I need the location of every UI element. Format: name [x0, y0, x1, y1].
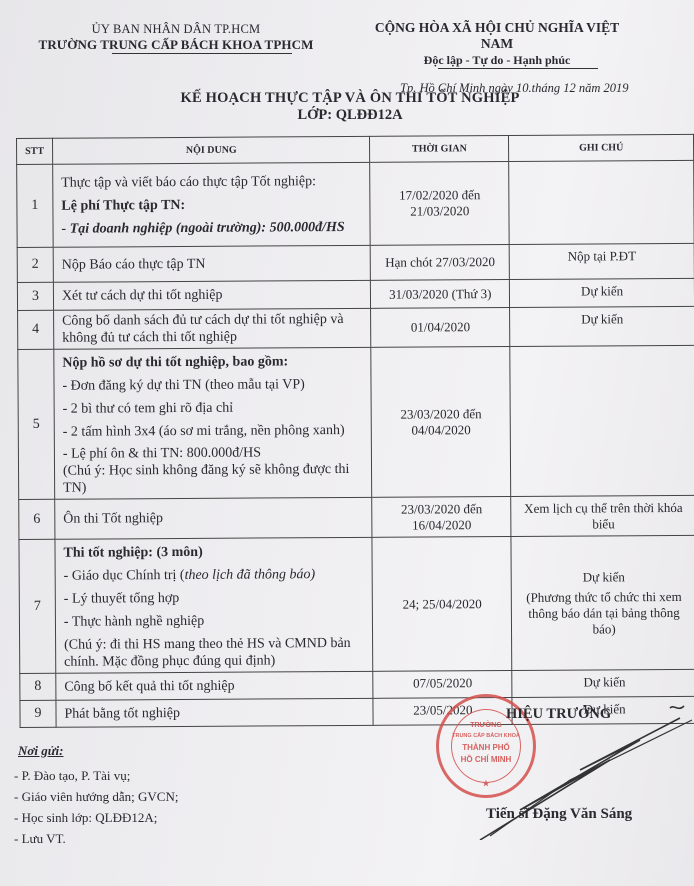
item-text: - Giáo dục Chính trị (: [64, 568, 185, 584]
row-content: Phát bằng tốt nghiệp: [56, 698, 374, 727]
row-content: Thực tập và viết báo cáo thực tập Tốt ng…: [53, 162, 371, 247]
header-note: GHI CHÚ: [509, 134, 694, 161]
content-item: - Giáo dục Chính trị (theo lịch đã thông…: [64, 563, 365, 588]
content-item: - 2 tấm hình 3x4 (áo sơ mi trắng, nền ph…: [63, 419, 364, 444]
row-note: Dự kiến: [510, 278, 694, 307]
row-content: Công bố danh sách đủ tư cách dự thi tốt …: [54, 308, 372, 349]
content-item: - 2 bì thư có tem ghi rõ địa chỉ: [63, 396, 364, 421]
row-content: Xét tư cách dự thi tốt nghiệp: [53, 280, 371, 310]
content-note: (Chú ý: đi thi HS mang theo thẻ HS và CM…: [64, 632, 365, 671]
plan-table: STT NỘI DUNG THỜI GIAN GHI CHÚ 1 Thực tậ…: [16, 134, 694, 728]
row-content: Ôn thi Tốt nghiệp: [55, 497, 373, 539]
row-note: [510, 345, 694, 496]
content-note: (Chú ý: Học sinh không đăng ký sẽ không …: [63, 461, 364, 497]
row-content: Nộp hồ sơ dự thi tốt nghiệp, bao gồm: - …: [54, 347, 372, 499]
header-stt: STT: [17, 138, 53, 164]
divider: [112, 53, 292, 54]
table-header-row: STT NỘI DUNG THỜI GIAN GHI CHÚ: [17, 134, 694, 164]
content-line: Thực tập và viết báo cáo thực tập Tốt ng…: [61, 169, 362, 194]
row-stt: 1: [17, 164, 53, 247]
row-time: 23/03/2020 đến 16/04/2020: [372, 496, 511, 537]
row-time: 01/04/2020: [371, 307, 510, 347]
table-row: 2 Nộp Báo cáo thực tập TN Hạn chót 27/03…: [17, 243, 694, 282]
recipient-item: - Học sinh lớp: QLĐĐ12A;: [14, 807, 178, 828]
national-motto: Độc lập - Tự do - Hạnh phúc: [362, 53, 632, 68]
content-item: - Đơn đăng ký dự thi TN (theo mẫu tại VP…: [62, 373, 363, 398]
header-left: ỦY BAN NHÂN DÂN TP.HCM TRƯỜNG TRUNG CẤP …: [36, 22, 316, 54]
authority-name: ỦY BAN NHÂN DÂN TP.HCM: [36, 22, 316, 37]
recipients: Nơi gửi: - P. Đào tạo, P. Tài vụ; - Giáo…: [14, 740, 178, 849]
row-stt: 3: [17, 282, 53, 310]
class-label: LỚP: QLĐĐ12A: [100, 107, 600, 124]
content-item: - Lệ phí ôn & thi TN: 800.000đ/HS: [63, 442, 364, 463]
fee-value: - Tại doanh nghiệp (ngoài trường): 500.0…: [61, 215, 362, 240]
content-heading: Nộp hồ sơ dự thi tốt nghiệp, bao gồm:: [62, 350, 363, 375]
row-note: Dự kiến: [510, 306, 694, 346]
table-row: 4 Công bố danh sách đủ tư cách dự thi tố…: [18, 306, 694, 349]
table-row: 6 Ôn thi Tốt nghiệp 23/03/2020 đến 16/04…: [19, 495, 694, 539]
note-line: (Phương thức tổ chức thi xem thông báo d…: [512, 588, 694, 637]
row-stt: 7: [19, 539, 56, 673]
header-right: CỘNG HÒA XÃ HỘI CHỦ NGHĨA VIỆT NAM Độc l…: [362, 20, 632, 96]
row-note: Nộp tại P.ĐT: [509, 243, 694, 279]
note-line: Dự kiến: [512, 568, 694, 585]
table-row: 5 Nộp hồ sơ dự thi tốt nghiệp, bao gồm: …: [18, 345, 694, 499]
row-time: 23/03/2020 đến 04/04/2020: [371, 346, 511, 497]
content-heading: Thi tốt nghiệp: (3 môn): [63, 540, 364, 565]
table-row: 8 Công bố kết quả thi tốt nghiệp 07/05/2…: [20, 669, 694, 700]
row-content: Công bố kết quả thi tốt nghiệp: [56, 671, 374, 700]
row-stt: 4: [18, 310, 54, 349]
row-note: Xem lịch cụ thể trên thời khóa biểu: [511, 495, 694, 536]
recipient-item: - P. Đào tạo, P. Tài vụ;: [14, 765, 178, 786]
row-time: 24; 25/04/2020: [372, 536, 512, 671]
header-content: NỘI DUNG: [52, 136, 370, 164]
title-line-1: KẾ HOẠCH THỰC TẬP VÀ ÔN THI TỐT NGHIỆP: [100, 90, 600, 107]
row-content: Nộp Báo cáo thực tập TN: [53, 245, 371, 282]
item-italic: theo lịch đã thông báo): [185, 567, 316, 583]
school-name: TRƯỜNG TRUNG CẤP BÁCH KHOA TPHCM: [36, 37, 316, 53]
table-row: 1 Thực tập và viết báo cáo thực tập Tốt …: [17, 160, 694, 247]
row-time: 17/02/2020 đến 21/03/2020: [370, 161, 509, 245]
content-item: - Lý thuyết tổng hợp: [64, 586, 365, 611]
row-note: Dự kiến (Phương thức tổ chức thi xem thô…: [511, 535, 694, 670]
recipient-item: - Lưu VT.: [14, 828, 178, 849]
recipients-heading: Nơi gửi:: [18, 740, 178, 761]
signer-name: Tiến sĩ Đặng Văn Sáng: [486, 806, 632, 823]
header-time: THỜI GIAN: [370, 135, 509, 162]
signature-block: TRƯỜNG TRUNG CẤP BÁCH KHOA THÀNH PHỐ HỒ …: [440, 700, 690, 850]
row-stt: 5: [18, 349, 55, 499]
row-content: Thi tốt nghiệp: (3 môn) - Giáo dục Chính…: [55, 537, 373, 673]
row-stt: 2: [17, 247, 53, 282]
table-row: 3 Xét tư cách dự thi tốt nghiệp 31/03/20…: [17, 278, 694, 310]
row-stt: 6: [19, 499, 55, 539]
content-item: - Thực hành nghề nghiệp: [64, 609, 365, 634]
document-title: KẾ HOẠCH THỰC TẬP VÀ ÔN THI TỐT NGHIỆP L…: [100, 90, 600, 124]
row-time: 31/03/2020 (Thứ 3): [371, 279, 510, 308]
row-note: [509, 160, 694, 244]
row-stt: 8: [20, 673, 56, 700]
row-time: Hạn chót 27/03/2020: [371, 244, 510, 280]
fee-label: Lệ phí Thực tập TN:: [61, 192, 362, 217]
row-note: Dự kiến: [512, 669, 694, 697]
row-stt: 9: [20, 700, 56, 727]
divider: [438, 68, 598, 69]
table-row: 7 Thi tốt nghiệp: (3 môn) - Giáo dục Chí…: [19, 535, 694, 673]
national-title: CỘNG HÒA XÃ HỘI CHỦ NGHĨA VIỆT NAM: [362, 20, 632, 52]
recipient-item: - Giáo viên hướng dẫn; GVCN;: [14, 786, 178, 807]
